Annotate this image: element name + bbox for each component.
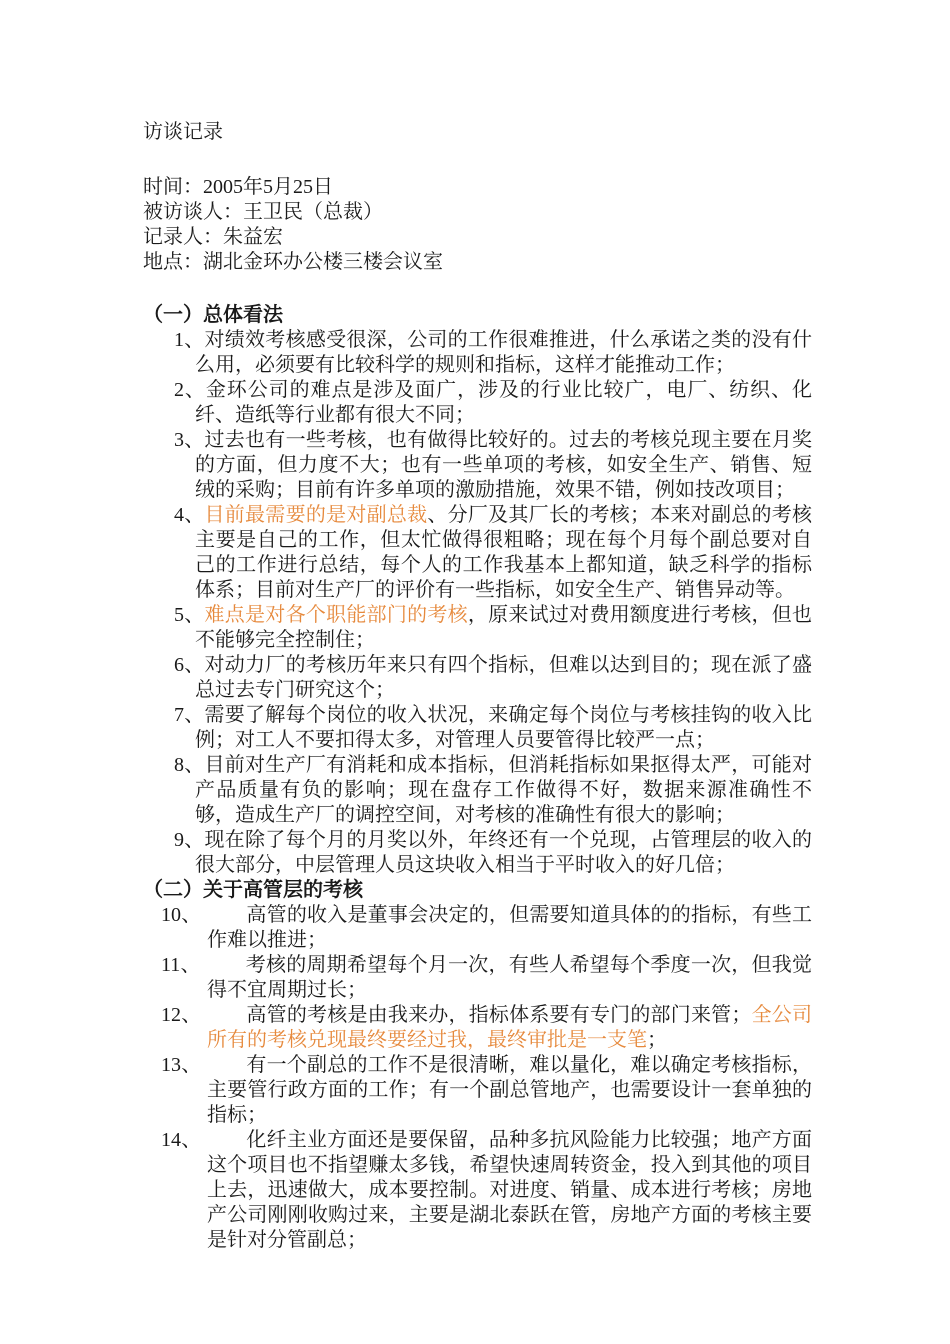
body-text: 高管的考核是由我来办，指标体系要有专门的部门来管；: [246, 1004, 751, 1026]
item-number: 12、: [161, 1004, 201, 1026]
body-text: 过去也有一些考核，也有做得比较好的。过去的考核兑现主要在月奖的方面，但力度不大；…: [195, 429, 812, 501]
body-text: 高管的收入是董事会决定的，但需要知道具体的的指标，有些工作难以推进；: [207, 904, 812, 951]
list-item-4: 4、目前最需要的是对副总裁、分厂及其厂长的考核；本来对副总的考核主要是自己的工作…: [143, 503, 812, 603]
body-text: 需要了解每个岗位的收入状况，来确定每个岗位与考核挂钩的收入比例；对工人不要扣得太…: [195, 704, 812, 751]
item-number: 11、: [161, 954, 201, 976]
list-item-6: 6、对动力厂的考核历年来只有四个指标，但难以达到目的；现在派了盛总过去专门研究这…: [143, 653, 812, 703]
body-text: 现在除了每个月的月奖以外，年终还有一个兑现，占管理层的收入的很大部分，中层管理人…: [195, 829, 812, 876]
body-text: 有一个副总的工作不是很清晰，难以量化，难以确定考核指标，主要管行政方面的工作；有…: [207, 1054, 812, 1126]
item-number: 3、: [174, 429, 205, 451]
meta-location: 地点：湖北金环办公楼三楼会议室: [143, 250, 812, 275]
item-number: 1、: [174, 329, 205, 351]
item-number: 13、: [161, 1054, 201, 1076]
highlighted-text: 难点是对各个职能部门的考核: [205, 604, 468, 626]
item-list-executive-assessment: 10、高管的收入是董事会决定的，但需要知道具体的的指标，有些工作难以推进；11、…: [143, 903, 812, 1253]
item-number: 2、: [174, 379, 206, 401]
body-text: 目前对生产厂有消耗和成本指标，但消耗指标如果抠得太严，可能对产品质量有负的影响；…: [195, 754, 812, 826]
meta-block: 时间：2005年5月25日 被访谈人：王卫民（总裁） 记录人：朱益宏 地点：湖北…: [143, 175, 812, 275]
list-item-3: 3、过去也有一些考核，也有做得比较好的。过去的考核兑现主要在月奖的方面，但力度不…: [143, 428, 812, 503]
body-text: 化纤主业方面还是要保留，品种多抗风险能力比较强；地产方面这个项目也不指望赚太多钱…: [207, 1129, 812, 1251]
item-number: 4、: [174, 504, 205, 526]
list-item-14: 14、化纤主业方面还是要保留，品种多抗风险能力比较强；地产方面这个项目也不指望赚…: [143, 1128, 812, 1253]
list-item-7: 7、需要了解每个岗位的收入状况，来确定每个岗位与考核挂钩的收入比例；对工人不要扣…: [143, 703, 812, 753]
body-text: 金环公司的难点是涉及面广，涉及的行业比较广，电厂、纺织、化纤、造纸等行业都有很大…: [195, 379, 812, 426]
section-overall-views: （一）总体看法 1、对绩效考核感受很深，公司的工作很难推进，什么承诺之类的没有什…: [143, 303, 812, 878]
item-number: 10、: [161, 904, 201, 926]
meta-time: 时间：2005年5月25日: [143, 175, 812, 200]
list-item-13: 13、有一个副总的工作不是很清晰，难以量化，难以确定考核指标，主要管行政方面的工…: [143, 1053, 812, 1128]
list-item-12: 12、高管的考核是由我来办，指标体系要有专门的部门来管；全公司所有的考核兑现最终…: [143, 1003, 812, 1053]
item-number: 9、: [174, 829, 205, 851]
item-number: 5、: [174, 604, 205, 626]
list-item-5: 5、难点是对各个职能部门的考核，原来试过对费用额度进行考核，但也不能够完全控制住…: [143, 603, 812, 653]
item-number: 6、: [174, 654, 205, 676]
list-item-2: 2、金环公司的难点是涉及面广，涉及的行业比较广，电厂、纺织、化纤、造纸等行业都有…: [143, 378, 812, 428]
body-text: ；: [647, 1029, 667, 1051]
section-heading-overall-views: （一）总体看法: [143, 303, 812, 328]
body-text: 考核的周期希望每个月一次，有些人希望每个季度一次，但我觉得不宜周期过长；: [207, 954, 812, 1001]
section-heading-executive-assessment: （二）关于高管层的考核: [143, 878, 812, 903]
item-number: 7、: [174, 704, 205, 726]
meta-interviewee: 被访谈人：王卫民（总裁）: [143, 200, 812, 225]
list-item-1: 1、对绩效考核感受很深，公司的工作很难推进，什么承诺之类的没有什么用，必须要有比…: [143, 328, 812, 378]
meta-recorder: 记录人：朱益宏: [143, 225, 812, 250]
body-text: 对动力厂的考核历年来只有四个指标，但难以达到目的；现在派了盛总过去专门研究这个；: [195, 654, 812, 701]
item-number: 8、: [174, 754, 205, 776]
body-text: 对绩效考核感受很深，公司的工作很难推进，什么承诺之类的没有什么用，必须要有比较科…: [195, 329, 812, 376]
page-title: 访谈记录: [143, 120, 812, 145]
highlighted-text: 目前最需要的是对副总裁: [205, 504, 428, 526]
list-item-10: 10、高管的收入是董事会决定的，但需要知道具体的的指标，有些工作难以推进；: [143, 903, 812, 953]
document-page: 访谈记录 时间：2005年5月25日 被访谈人：王卫民（总裁） 记录人：朱益宏 …: [0, 0, 950, 1344]
list-item-8: 8、目前对生产厂有消耗和成本指标，但消耗指标如果抠得太严，可能对产品质量有负的影…: [143, 753, 812, 828]
list-item-9: 9、现在除了每个月的月奖以外，年终还有一个兑现，占管理层的收入的很大部分，中层管…: [143, 828, 812, 878]
list-item-11: 11、考核的周期希望每个月一次，有些人希望每个季度一次，但我觉得不宜周期过长；: [143, 953, 812, 1003]
item-number: 14、: [161, 1129, 201, 1151]
item-list-overall-views: 1、对绩效考核感受很深，公司的工作很难推进，什么承诺之类的没有什么用，必须要有比…: [143, 328, 812, 878]
section-executive-assessment: （二）关于高管层的考核 10、高管的收入是董事会决定的，但需要知道具体的的指标，…: [143, 878, 812, 1253]
